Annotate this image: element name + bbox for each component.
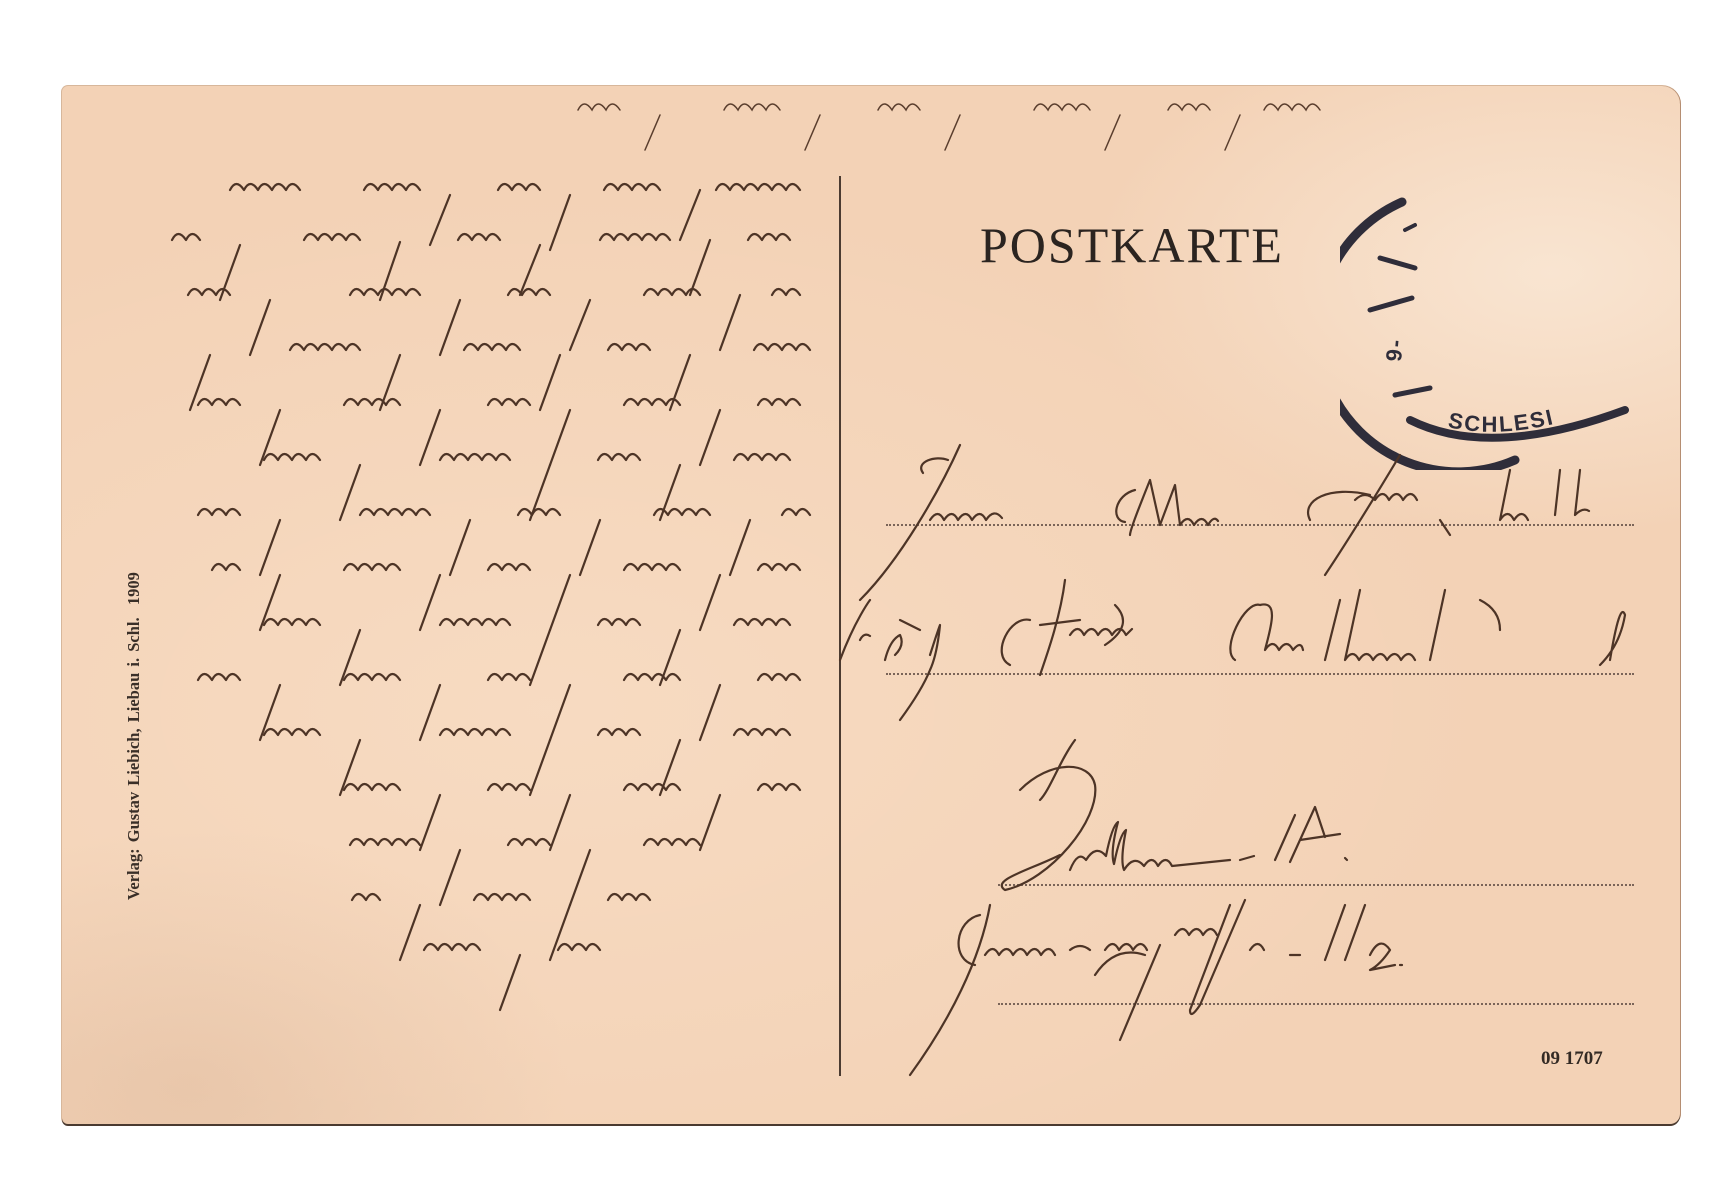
address-line-1 (886, 524, 1634, 526)
postmark-stamp-icon: 9- SCHLESI (1340, 170, 1640, 470)
postcard-title: POSTKARTE (980, 216, 1284, 274)
svg-text:SCHLESI: SCHLESI (1446, 404, 1556, 437)
serial-number: 09 1707 (1541, 1048, 1603, 1070)
address-line-3 (998, 884, 1634, 886)
address-line-4 (998, 1003, 1634, 1005)
postmark-text: SCHLESI (1446, 404, 1556, 437)
message-address-divider (839, 176, 841, 1076)
publisher-imprint: Verlag: Gustav Liebich, Liebau i. Schl. … (124, 572, 144, 900)
postmark-date: 9- (1381, 337, 1408, 363)
address-line-2 (886, 673, 1634, 675)
